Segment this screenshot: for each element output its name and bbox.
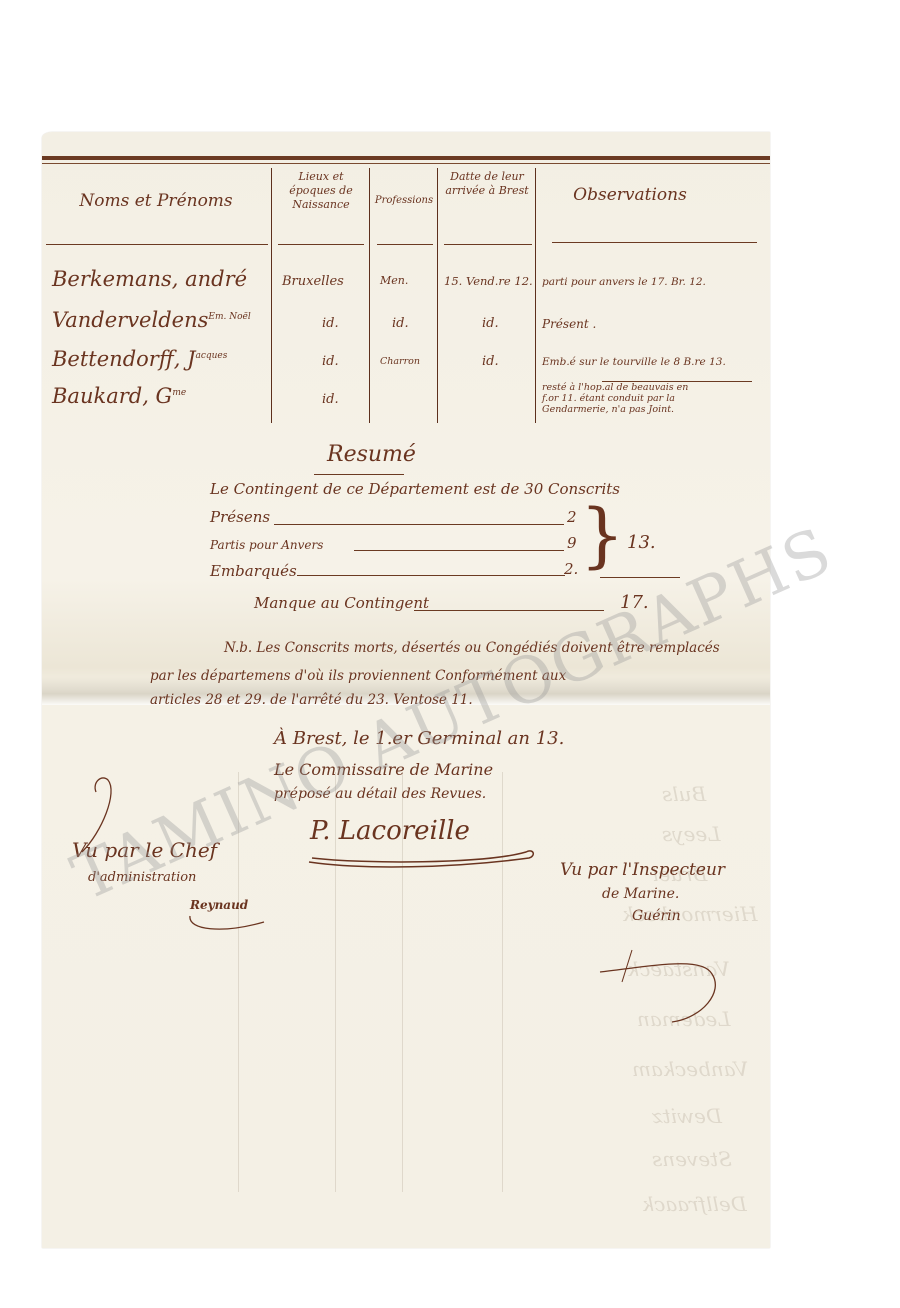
summary-intro: Le Contingent de ce Département est de 3… — [210, 480, 620, 498]
row-name: Baukard, Gme — [52, 384, 186, 408]
row-arrival: id. — [482, 316, 499, 331]
inspecteur-signature-flourish — [592, 922, 742, 1032]
bleed-through-text: Buls — [662, 782, 706, 806]
row-arrival: 15. Vend.re 12. — [444, 274, 533, 288]
bleed-through-text: Dellfraack — [642, 1192, 747, 1216]
bleed-through-text: Stevens — [652, 1147, 732, 1171]
summary-title-underline — [314, 474, 404, 475]
row-observation: Présent . — [542, 318, 596, 331]
bleed-through-rule — [238, 772, 239, 1192]
summary-leader-line — [274, 524, 564, 525]
row-observation: parti pour anvers le 17. Br. 12. — [542, 276, 706, 289]
summary-item-label: Présens — [210, 508, 270, 526]
header-names: Noms et Prénoms — [46, 194, 266, 208]
header-arrival: Datte de leur arrivée à Brest — [440, 170, 534, 198]
note-line: par les départemens d'où ils proviennent… — [150, 668, 566, 684]
header-professions: Professions — [372, 194, 436, 208]
row-arrival: id. — [482, 354, 499, 369]
row-birthplace: id. — [322, 316, 339, 331]
row-name: Bettendorff, Jacques — [52, 347, 227, 371]
row-name: VanderveldensEm. Noël — [52, 308, 251, 332]
column-divider — [535, 168, 536, 423]
column-divider — [271, 168, 272, 423]
summary-leader-line — [414, 610, 604, 611]
header-underline — [377, 244, 433, 245]
summary-subtotal: 13. — [627, 532, 656, 553]
summary-title: Resumé — [327, 442, 416, 467]
header-underline — [46, 244, 268, 245]
place-date: À Brest, le 1.er Germinal an 13. — [274, 728, 564, 749]
chef-signature-flourish — [182, 908, 272, 938]
inspecteur-subtitle: de Marine. — [602, 886, 679, 902]
row-observation: Emb.é sur le tourville le 8 B.re 13. — [542, 356, 726, 369]
column-divider — [437, 168, 438, 423]
summary-leader-line — [297, 575, 565, 576]
row-observation: resté à l'hop.al de beauvais en f.or 11.… — [542, 382, 688, 415]
summary-missing-label: Manque au Contingent — [254, 594, 429, 612]
chef-initial-flourish — [72, 772, 132, 862]
summary-item-value: 2 — [567, 508, 577, 526]
summary-brace: } — [580, 500, 625, 580]
header-underline — [444, 244, 532, 245]
table-top-rule-thin — [42, 163, 770, 164]
table-top-rule — [42, 156, 770, 160]
bleed-through-text: Vanbeckam — [632, 1057, 748, 1081]
row-profession: id. — [392, 316, 409, 331]
row-birthplace: Bruxelles — [282, 274, 344, 289]
summary-subtotal-line — [600, 577, 680, 578]
summary-missing-value: 17. — [620, 592, 649, 613]
observation-underline — [602, 381, 752, 382]
row-birthplace: id. — [322, 392, 339, 407]
commissaire-title: Le Commissaire de Marine — [274, 760, 493, 779]
note-line: N.b. Les Conscrits morts, désertés ou Co… — [224, 640, 720, 656]
row-profession: Charron — [380, 356, 420, 367]
summary-item-label: Embarqués — [210, 562, 297, 580]
row-name: Berkemans, andré — [52, 267, 247, 291]
commissaire-subtitle: préposé au détail des Revues. — [274, 786, 486, 802]
signature-flourish — [304, 834, 539, 874]
row-profession: Men. — [380, 274, 408, 287]
bleed-through-text: Dewitz — [652, 1104, 722, 1128]
inspecteur-title: Vu par l'Inspecteur — [560, 860, 725, 880]
row-birthplace: id. — [322, 354, 339, 369]
bleed-through-text: Leeys — [662, 822, 721, 846]
summary-leader-line — [354, 550, 564, 551]
header-observations: Observations — [540, 188, 720, 202]
header-birth: Lieux et époques de Naissance — [274, 170, 368, 212]
summary-item-value: 9 — [567, 534, 577, 552]
summary-item-label: Partis pour Anvers — [210, 538, 323, 552]
manuscript-page: Buls Leeys Bruel Hiermonbsck Vanstaeck L… — [42, 132, 770, 1248]
header-underline — [278, 244, 364, 245]
note-line: articles 28 et 29. de l'arrêté du 23. Ve… — [150, 692, 473, 708]
summary-item-value: 2. — [564, 560, 578, 578]
column-divider — [369, 168, 370, 423]
header-underline — [552, 242, 757, 243]
chef-subtitle: d'administration — [88, 870, 196, 885]
